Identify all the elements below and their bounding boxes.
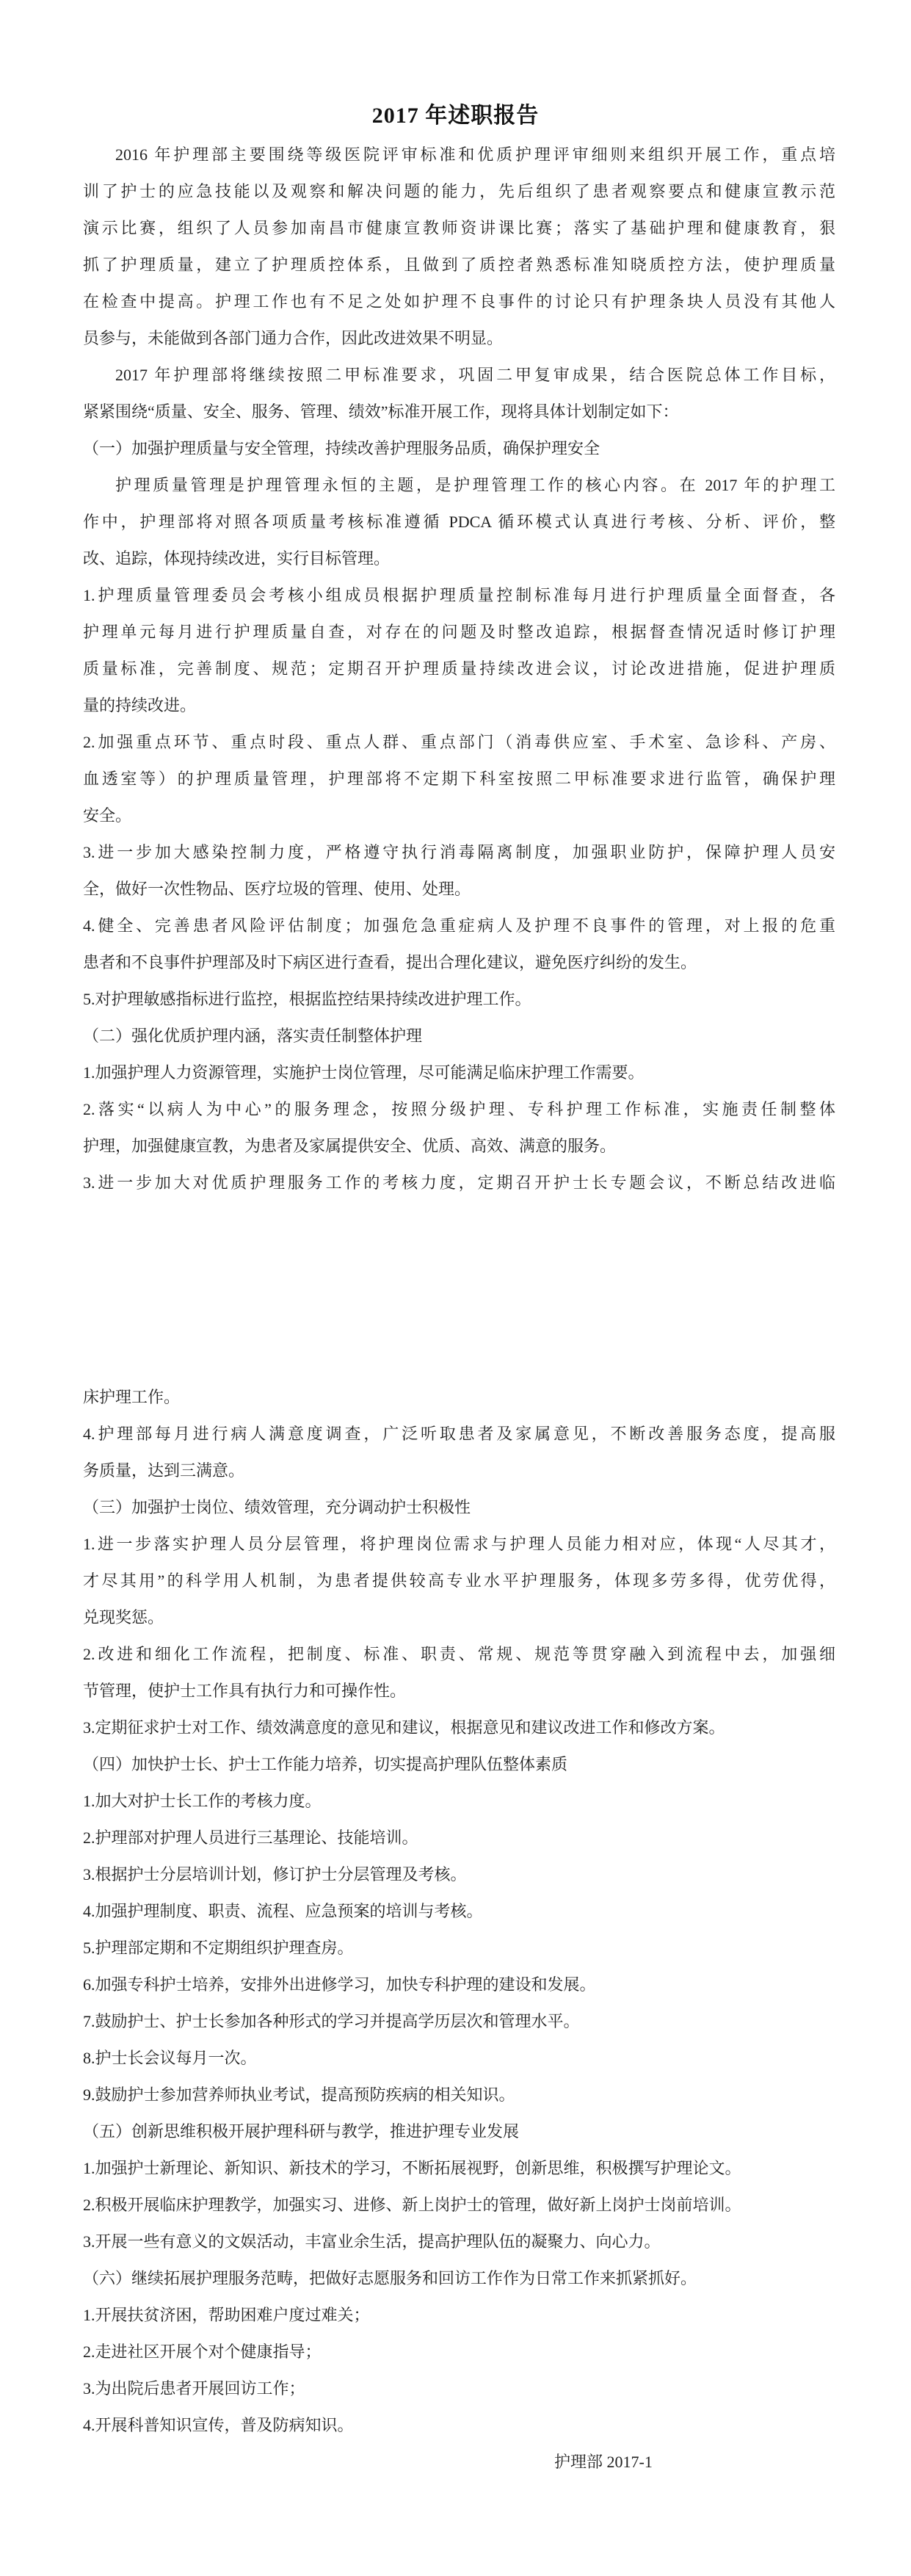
page-1-text-block: 2016 年护理部主要围绕等级医院评审标准和优质护理评审细则来组织开展工作，重点… (83, 137, 835, 1201)
text-line: 1.加强护士新理论、新知识、新技术的学习，不断拓展视野，创新思维，积极撰写护理论… (83, 2150, 835, 2187)
document-title: 2017 年述职报告 (0, 97, 911, 129)
text-line: 3.根据护士分层培训计划，修订护士分层管理及考核。 (83, 1856, 835, 1893)
text-line: 3.进一步加大对优质护理服务工作的考核力度，定期召开护士长专题会议，不断总结改进… (83, 1165, 835, 1201)
section-heading: （一）加强护理质量与安全管理，持续改善护理服务品质，确保护理安全 (83, 430, 835, 467)
text-line: 2016 年护理部主要围绕等级医院评审标准和优质护理评审细则来组织开展工作，重点… (83, 137, 835, 173)
text-line: 安全。 (83, 797, 835, 834)
text-line: 4.护理部每月进行病人满意度调查，广泛听取患者及家属意见，不断改善服务态度，提高… (83, 1416, 835, 1452)
text-line: 1.加大对护士长工作的考核力度。 (83, 1783, 835, 1820)
text-line: 紧紧围绕“质量、安全、服务、管理、绩效”标准开展工作，现将具体计划制定如下： (83, 394, 835, 430)
text-line: 演示比赛，组织了人员参加南昌市健康宣教师资讲课比赛；落实了基础护理和健康教育，狠 (83, 210, 835, 247)
report-document: 2017 年述职报告 2016 年护理部主要围绕等级医院评审标准和优质护理评审细… (0, 0, 911, 2576)
text-line: 作中，护理部将对照各项质量考核标准遵循 PDCA 循环模式认真进行考核、分析、评… (83, 504, 835, 540)
text-line: 改、追踪，体现持续改进，实行目标管理。 (83, 540, 835, 577)
text-line: 2.走进社区开展个对个健康指导； (83, 2334, 835, 2370)
text-line: 5.护理部定期和不定期组织护理查房。 (83, 1930, 835, 1967)
text-line: 6.加强专科护士培养，安排外出进修学习，加快专科护理的建设和发展。 (83, 1967, 835, 2003)
text-line: 血透室等）的护理质量管理，护理部将不定期下科室按照二甲标准要求进行监管，确保护理 (83, 761, 835, 797)
text-line: 务质量，达到三满意。 (83, 1452, 835, 1489)
text-line: 才尽其用”的科学用人机制，为患者提供较高专业水平护理服务，体现多劳多得，优劳优得… (83, 1563, 835, 1599)
text-line: 护理质量管理是护理管理永恒的主题，是护理管理工作的核心内容。在 2017 年的护… (83, 467, 835, 504)
section-heading: （三）加强护士岗位、绩效管理，充分调动护士积极性 (83, 1489, 835, 1526)
text-line: 节管理，使护士工作具有执行力和可操作性。 (83, 1673, 835, 1710)
text-line: 1.开展扶贫济困，帮助困难户度过难关； (83, 2297, 835, 2334)
text-line: 1.进一步落实护理人员分层管理，将护理岗位需求与护理人员能力相对应，体现“人尽其… (83, 1526, 835, 1563)
text-line: 3.定期征求护士对工作、绩效满意度的意见和建议，根据意见和建议改进工作和修改方案… (83, 1710, 835, 1746)
text-line: 在检查中提高。护理工作也有不足之处如护理不良事件的讨论只有护理条块人员没有其他人 (83, 283, 835, 320)
text-line: 床护理工作。 (83, 1379, 835, 1416)
text-line: 4.加强护理制度、职责、流程、应急预案的培训与考核。 (83, 1893, 835, 1930)
page-2: 床护理工作。4.护理部每月进行病人满意度调查，广泛听取患者及家属意见，不断改善服… (0, 1288, 911, 2576)
text-line: 7.鼓励护士、护士长参加各种形式的学习并提高学历层次和管理水平。 (83, 2003, 835, 2040)
text-line: 2.改进和细化工作流程，把制度、标准、职责、常规、规范等贯穿融入到流程中去，加强… (83, 1636, 835, 1673)
text-line: 量的持续改进。 (83, 687, 835, 724)
signature-line: 护理部 2017-1 (83, 2444, 835, 2481)
section-heading: （五）创新思维积极开展护理科研与教学，推进护理专业发展 (83, 2113, 835, 2150)
text-line: 9.鼓励护士参加营养师执业考试，提高预防疾病的相关知识。 (83, 2077, 835, 2113)
text-line: 2.积极开展临床护理教学，加强实习、进修、新上岗护士的管理，做好新上岗护士岗前培… (83, 2187, 835, 2224)
text-line: 抓了护理质量，建立了护理质控体系，且做到了质控者熟悉标准知晓质控方法，使护理质量 (83, 247, 835, 283)
text-line: 3.开展一些有意义的文娱活动，丰富业余生活，提高护理队伍的凝聚力、向心力。 (83, 2224, 835, 2260)
text-line: 4.健全、完善患者风险评估制度；加强危急重症病人及护理不良事件的管理，对上报的危… (83, 908, 835, 944)
text-line: 患者和不良事件护理部及时下病区进行查看，提出合理化建议，避免医疗纠纷的发生。 (83, 944, 835, 981)
text-line: 1.加强护理人力资源管理，实施护士岗位管理，尽可能满足临床护理工作需要。 (83, 1054, 835, 1091)
text-line: 8.护士长会议每月一次。 (83, 2040, 835, 2077)
page-2-text-block: 床护理工作。4.护理部每月进行病人满意度调查，广泛听取患者及家属意见，不断改善服… (83, 1379, 835, 2481)
page-1: 2017 年述职报告 2016 年护理部主要围绕等级医院评审标准和优质护理评审细… (0, 0, 911, 1288)
text-line: 3.为出院后患者开展回访工作； (83, 2370, 835, 2407)
section-heading: （二）强化优质护理内涵，落实责任制整体护理 (83, 1018, 835, 1054)
text-line: 5.对护理敏感指标进行监控，根据监控结果持续改进护理工作。 (83, 981, 835, 1018)
text-line: 护理，加强健康宣教，为患者及家属提供安全、优质、高效、满意的服务。 (83, 1128, 835, 1165)
section-heading: （六）继续拓展护理服务范畴，把做好志愿服务和回访工作作为日常工作来抓紧抓好。 (83, 2260, 835, 2297)
text-line: 2.护理部对护理人员进行三基理论、技能培训。 (83, 1820, 835, 1856)
text-line: 全，做好一次性物品、医疗垃圾的管理、使用、处理。 (83, 871, 835, 908)
section-heading: （四）加快护士长、护士工作能力培养，切实提高护理队伍整体素质 (83, 1746, 835, 1783)
text-line: 员参与，未能做到各部门通力合作，因此改进效果不明显。 (83, 320, 835, 357)
text-line: 4.开展科普知识宣传，普及防病知识。 (83, 2407, 835, 2444)
text-line: 护理单元每月进行护理质量自查，对存在的问题及时整改追踪，根据督查情况适时修订护理 (83, 614, 835, 651)
text-line: 2.落实“以病人为中心”的服务理念，按照分级护理、专科护理工作标准，实施责任制整… (83, 1091, 835, 1128)
text-line: 3.进一步加大感染控制力度，严格遵守执行消毒隔离制度，加强职业防护，保障护理人员… (83, 834, 835, 871)
text-line: 兑现奖惩。 (83, 1599, 835, 1636)
text-line: 质量标准，完善制度、规范；定期召开护理质量持续改进会议，讨论改进措施，促进护理质 (83, 651, 835, 687)
text-line: 训了护士的应急技能以及观察和解决问题的能力，先后组织了患者观察要点和健康宣教示范 (83, 173, 835, 210)
text-line: 2.加强重点环节、重点时段、重点人群、重点部门（消毒供应室、手术室、急诊科、产房… (83, 724, 835, 761)
text-line: 2017 年护理部将继续按照二甲标准要求，巩固二甲复审成果，结合医院总体工作目标… (83, 357, 835, 394)
text-line: 1.护理质量管理委员会考核小组成员根据护理质量控制标准每月进行护理质量全面督查，… (83, 577, 835, 614)
